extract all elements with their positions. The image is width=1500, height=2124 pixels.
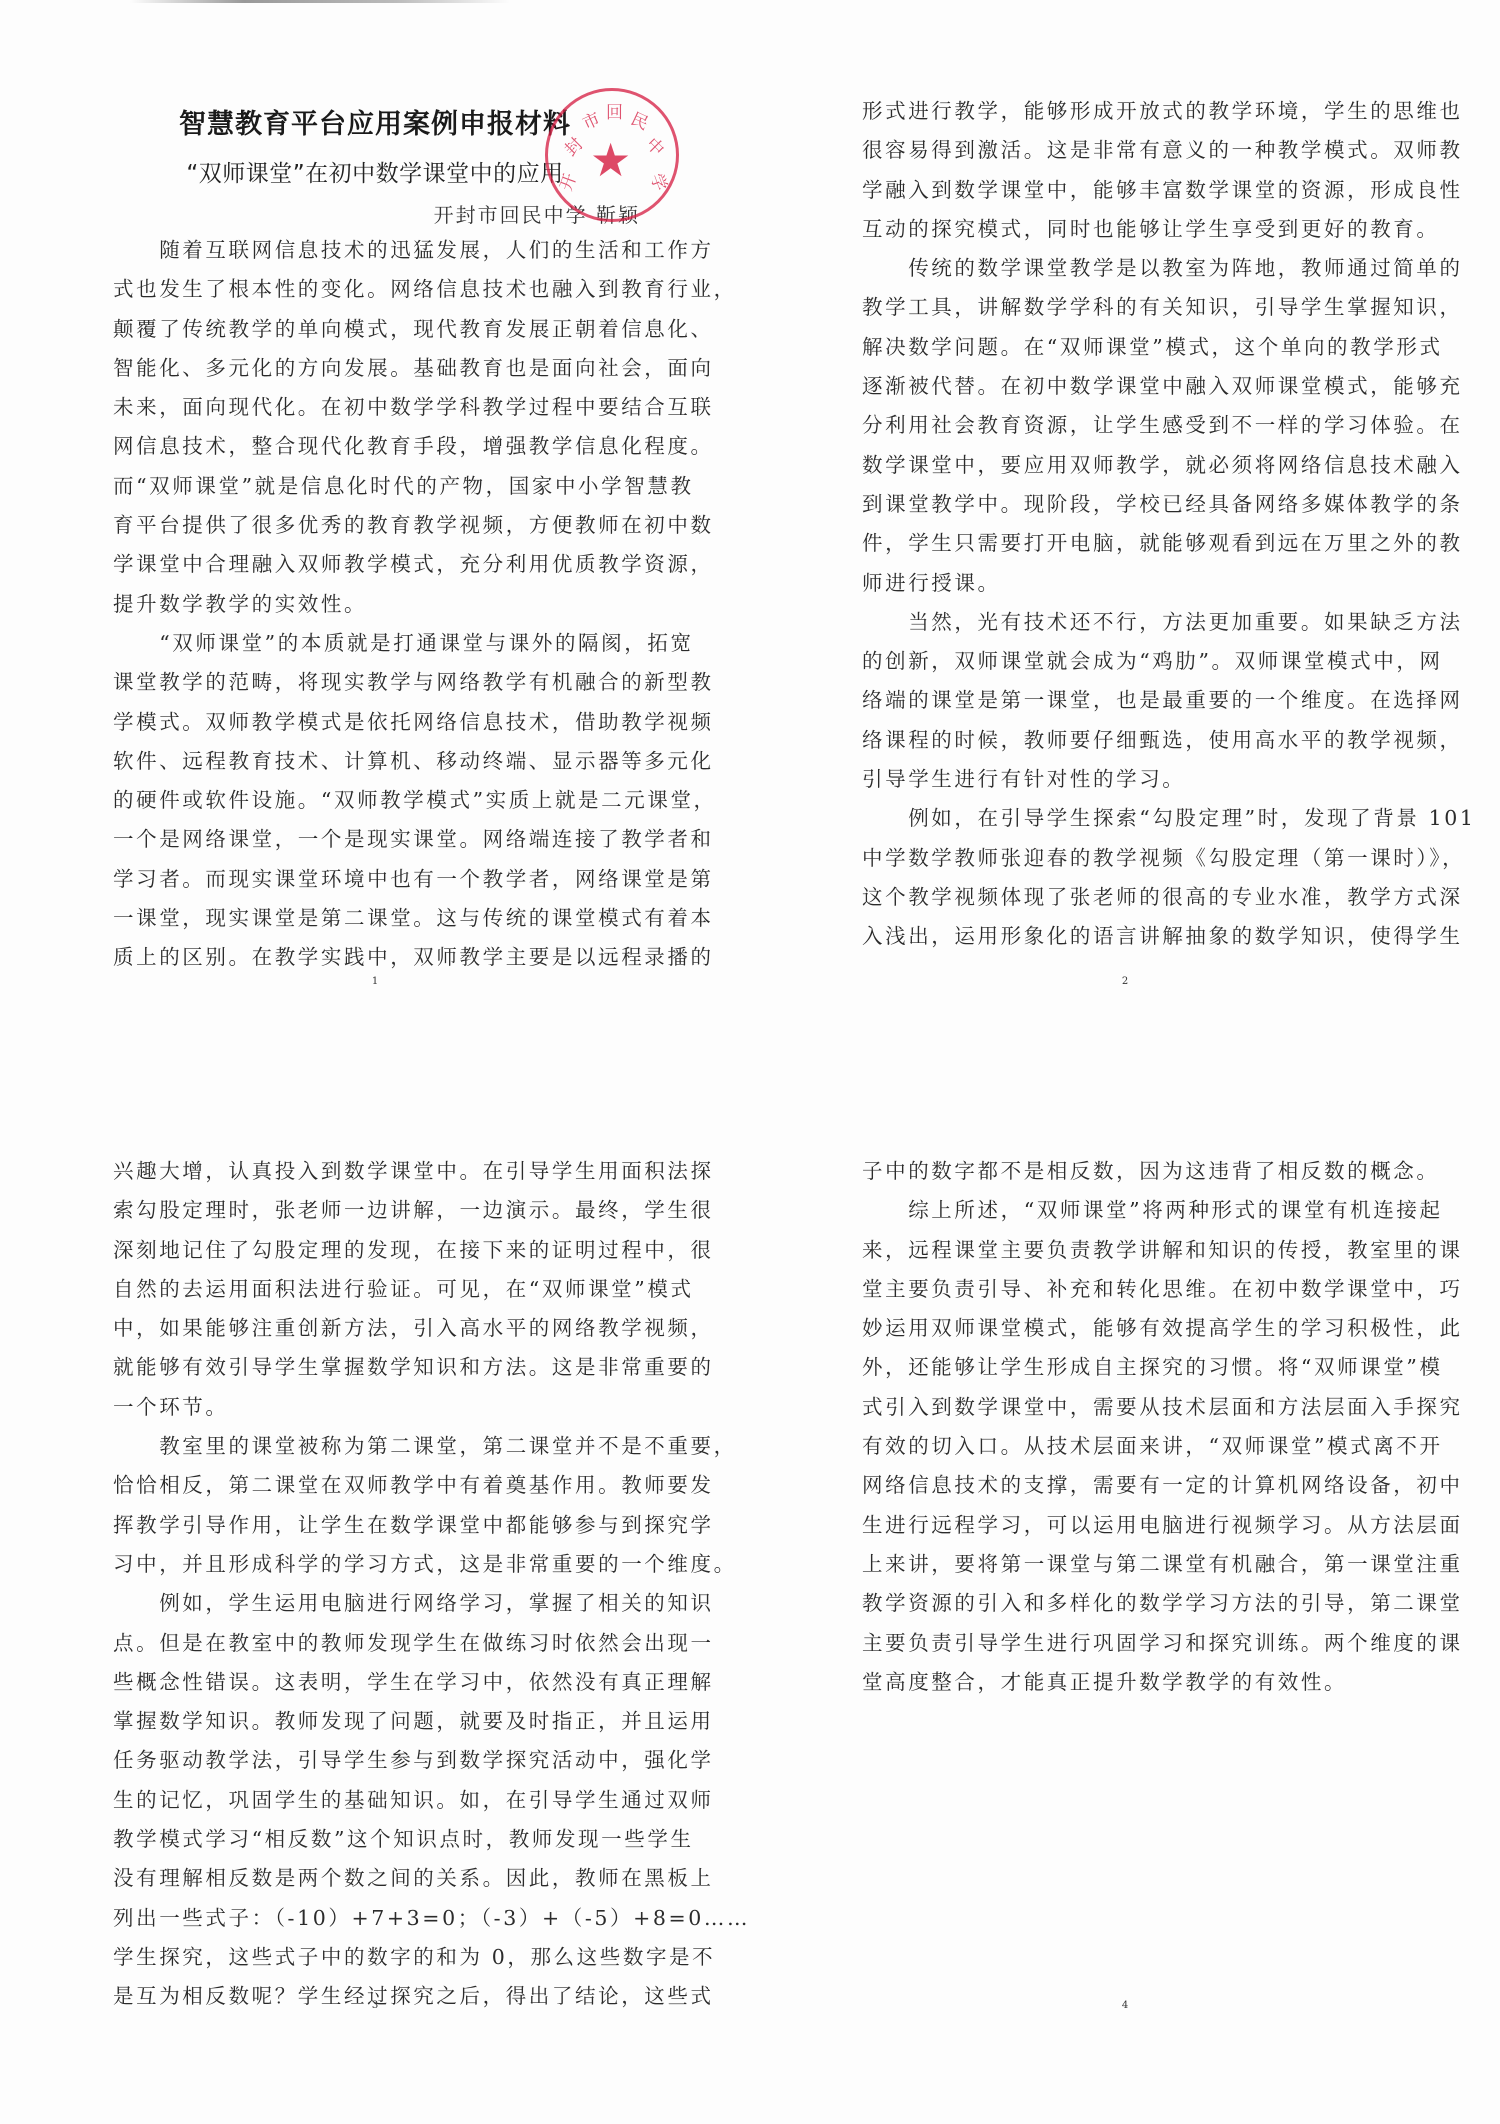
text-line: 掌握数学知识。教师发现了问题，就要及时指正，并且运用 (113, 1702, 638, 1741)
text-line: 师进行授课。 (862, 564, 1387, 603)
text-line: 没有理解相反数是两个数之间的关系。因此，教师在黑板上 (113, 1859, 638, 1898)
seal-char: 市 (578, 105, 604, 135)
scan-edge-shadow (130, 0, 510, 3)
text-line: 学融入到数学课堂中，能够丰富数学课堂的资源，形成良性 (862, 171, 1387, 210)
text-line: 式引入到数学课堂中，需要从技术层面和方法层面入手探究 (862, 1388, 1387, 1427)
text-line: 的创新，双师课堂就会成为“鸡肋”。双师课堂模式中，网 (862, 642, 1387, 681)
text-line: 质上的区别。在教学实践中，双师教学主要是以远程录播的 (113, 938, 638, 977)
text-line: 综上所述，“双师课堂”将两种形式的课堂有机连接起 (862, 1191, 1387, 1230)
text-line: 网络信息技术的支撑，需要有一定的计算机网络设备，初中 (862, 1466, 1387, 1505)
text-line: 育平台提供了很多优秀的教育教学视频，方便教师在初中数 (113, 506, 638, 545)
text-line: 自然的去运用面积法进行验证。可见，在“双师课堂”模式 (113, 1270, 638, 1309)
text-line: 提升数学教学的实效性。 (113, 585, 638, 624)
text-line: 生的记忆，巩固学生的基础知识。如，在引导学生通过双师 (113, 1781, 638, 1820)
text-line: 智能化、多元化的方向发展。基础教育也是面向社会，面向 (113, 349, 638, 388)
page-number: 3 (0, 2000, 750, 2011)
text-line: 深刻地记住了勾股定理的发现，在接下来的证明过程中，很 (113, 1231, 638, 1270)
page-body: 子中的数字都不是相反数，因为这违背了相反数的概念。 综上所述，“双师课堂”将两种… (862, 1152, 1387, 1702)
text-line: 堂高度整合，才能真正提升数学教学的有效性。 (862, 1663, 1387, 1702)
text-line: 而“双师课堂”就是信息化时代的产物，国家中小学智慧教 (113, 467, 638, 506)
text-line: 例如，在引导学生探索“勾股定理”时，发现了背景 101 (862, 799, 1387, 838)
text-line: 逐渐被代替。在初中数学课堂中融入双师课堂模式，能够充 (862, 367, 1387, 406)
text-line: 式也发生了根本性的变化。网络信息技术也融入到教育行业， (113, 270, 638, 309)
seal-char: 学 (646, 169, 675, 194)
text-line: 传统的数学课堂教学是以教室为阵地，教师通过简单的 (862, 249, 1387, 288)
text-line: 例如，学生运用电脑进行网络学习，掌握了相关的知识 (113, 1584, 638, 1623)
text-line: 教学资源的引入和多样化的数学学习方法的引导，第二课堂 (862, 1584, 1387, 1623)
page-body: 随着互联网信息技术的迅猛发展，人们的生活和工作方式也发生了根本性的变化。网络信息… (113, 231, 638, 978)
text-line: 很容易得到激活。这是非常有意义的一种教学模式。双师教 (862, 131, 1387, 170)
text-line: 网信息技术，整合现代化教育手段，增强教学信息化程度。 (113, 427, 638, 466)
text-line: 学习者。而现实课堂环境中也有一个教学者，网络课堂是第 (113, 860, 638, 899)
seal-char: 回 (606, 98, 623, 123)
text-line: 未来，面向现代化。在初中数学学科教学过程中要结合互联 (113, 388, 638, 427)
text-line: 点。但是在教室中的教师发现学生在做练习时依然会出现一 (113, 1624, 638, 1663)
text-line: 学模式。双师教学模式是依托网络信息技术，借助教学视频 (113, 703, 638, 742)
text-line: 生进行远程学习，可以运用电脑进行视频学习。从方法层面 (862, 1506, 1387, 1545)
text-line: 的硬件或软件设施。“双师教学模式”实质上就是二元课堂， (113, 781, 638, 820)
seal-star-icon: ★ (590, 137, 631, 183)
page-body: 形式进行教学，能够形成开放式的教学环境，学生的思维也很容易得到激活。这是非常有意… (862, 92, 1387, 957)
text-line: 件，学生只需要打开电脑，就能够观看到远在万里之外的教 (862, 524, 1387, 563)
text-line: 堂主要负责引导、补充和转化思维。在初中数学课堂中，巧 (862, 1270, 1387, 1309)
text-line: 些概念性错误。这表明，学生在学习中，依然没有真正理解 (113, 1663, 638, 1702)
text-line: 入浅出，运用形象化的语言讲解抽象的数学知识，使得学生 (862, 917, 1387, 956)
seal-char: 中 (642, 131, 672, 161)
text-line: 一个是网络课堂，一个是现实课堂。网络端连接了教学者和 (113, 820, 638, 859)
text-line: 数学课堂中，要应用双师教学，就必须将网络信息技术融入 (862, 446, 1387, 485)
page-body: 兴趣大增，认真投入到数学课堂中。在引导学生用面积法探索勾股定理时，张老师一边讲解… (113, 1152, 638, 2017)
text-line: 中学数学教师张迎春的教学视频《勾股定理（第一课时）》， (862, 839, 1387, 878)
text-line: 恰恰相反，第二课堂在双师教学中有着奠基作用。教师要发 (113, 1466, 638, 1505)
text-line: 有效的切入口。从技术层面来讲，“双师课堂”模式离不开 (862, 1427, 1387, 1466)
text-line: 教学模式学习“相反数”这个知识点时，教师发现一些学生 (113, 1820, 638, 1859)
text-line: “双师课堂”的本质就是打通课堂与课外的隔阂，拓宽 (113, 624, 638, 663)
text-line: 外，还能够让学生形成自主探究的习惯。将“双师课堂”模 (862, 1348, 1387, 1387)
text-line: 就能够有效引导学生掌握数学知识和方法。这是非常重要的 (113, 1348, 638, 1387)
text-line: 中，如果能够注重创新方法，引入高水平的网络教学视频， (113, 1309, 638, 1348)
text-line: 主要负责引导学生进行巩固学习和探究训练。两个维度的课 (862, 1624, 1387, 1663)
text-line: 学生探究，这些式子中的数字的和为 0，那么这些数字是不 (113, 1938, 638, 1977)
text-line: 任务驱动教学法，引导学生参与到数学探究活动中，强化学 (113, 1741, 638, 1780)
text-line: 兴趣大增，认真投入到数学课堂中。在引导学生用面积法探 (113, 1152, 638, 1191)
page-number: 4 (750, 2000, 1500, 2011)
text-line: 当然，光有技术还不行，方法更加重要。如果缺乏方法 (862, 603, 1387, 642)
text-line: 引导学生进行有针对性的学习。 (862, 760, 1387, 799)
text-line: 来，远程课堂主要负责教学讲解和知识的传授，教室里的课 (862, 1231, 1387, 1270)
text-line: 随着互联网信息技术的迅猛发展，人们的生活和工作方 (113, 231, 638, 270)
page-number: 1 (0, 976, 750, 987)
text-line: 课堂教学的范畴，将现实教学与网络教学有机融合的新型教 (113, 663, 638, 702)
page-4: 子中的数字都不是相反数，因为这违背了相反数的概念。 综上所述，“双师课堂”将两种… (750, 1062, 1500, 2124)
seal-char: 开 (552, 169, 581, 194)
seal-char: 封 (558, 131, 588, 161)
text-line: 络课程的时候，教师要仔细甄选，使用高水平的教学视频， (862, 721, 1387, 760)
text-line: 解决数学问题。在“双师课堂”模式，这个单向的教学形式 (862, 328, 1387, 367)
text-line: 软件、远程教育技术、计算机、移动终端、显示器等多元化 (113, 742, 638, 781)
text-line: 列出一些式子：（-10）+7+3=0；（-3）+（-5）+8=0……引导 (113, 1899, 638, 1938)
text-line: 这个教学视频体现了张老师的很高的专业水准，教学方式深 (862, 878, 1387, 917)
text-line: 颠覆了传统教学的单向模式，现代教育发展正朝着信息化、 (113, 310, 638, 349)
page-3: 兴趣大增，认真投入到数学课堂中。在引导学生用面积法探索勾股定理时，张老师一边讲解… (0, 1062, 750, 2124)
page-2: 形式进行教学，能够形成开放式的教学环境，学生的思维也很容易得到激活。这是非常有意… (750, 0, 1500, 1062)
text-line: 形式进行教学，能够形成开放式的教学环境，学生的思维也 (862, 92, 1387, 131)
text-line: 分利用社会教育资源，让学生感受到不一样的学习体验。在 (862, 406, 1387, 445)
page-1: 智慧教育平台应用案例申报材料 “双师课堂”在初中数学课堂中的应用 开封市回民中学… (0, 0, 750, 1062)
text-line: 教学工具，讲解数学学科的有关知识，引导学生掌握知识， (862, 288, 1387, 327)
text-line: 互动的探究模式，同时也能够让学生享受到更好的教育。 (862, 210, 1387, 249)
text-line: 子中的数字都不是相反数，因为这违背了相反数的概念。 (862, 1152, 1387, 1191)
text-line: 一个环节。 (113, 1388, 638, 1427)
text-line: 挥教学引导作用，让学生在数学课堂中都能够参与到探究学 (113, 1506, 638, 1545)
official-seal: ★ 开 封 市 回 民 中 学 (545, 88, 679, 222)
text-line: 一课堂，现实课堂是第二课堂。这与传统的课堂模式有着本 (113, 899, 638, 938)
text-line: 妙运用双师课堂模式，能够有效提高学生的学习积极性，此 (862, 1309, 1387, 1348)
page-number: 2 (750, 976, 1500, 987)
text-line: 教室里的课堂被称为第二课堂，第二课堂并不是不重要， (113, 1427, 638, 1466)
seal-char: 民 (628, 105, 654, 135)
text-line: 索勾股定理时，张老师一边讲解，一边演示。最终，学生很 (113, 1191, 638, 1230)
text-line: 到课堂教学中。现阶段，学校已经具备网络多媒体教学的条 (862, 485, 1387, 524)
text-line: 习中，并且形成科学的学习方式，这是非常重要的一个维度。 (113, 1545, 638, 1584)
text-line: 上来讲，要将第一课堂与第二课堂有机融合，第一课堂注重 (862, 1545, 1387, 1584)
text-line: 学课堂中合理融入双师教学模式，充分利用优质教学资源， (113, 545, 638, 584)
text-line: 络端的课堂是第一课堂，也是最重要的一个维度。在选择网 (862, 681, 1387, 720)
